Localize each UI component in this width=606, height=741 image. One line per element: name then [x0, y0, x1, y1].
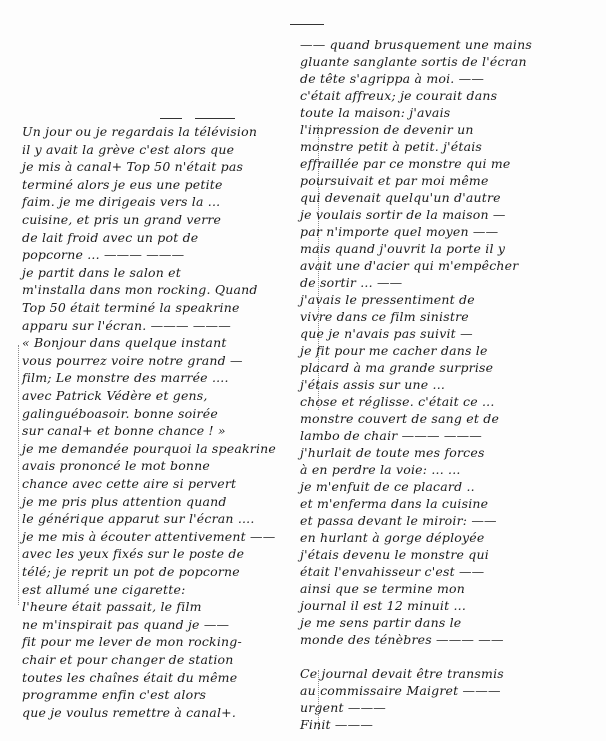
handwritten-line: toutes les chaînes était du même	[22, 669, 237, 687]
handwritten-line: vivre dans ce film sinistre	[300, 308, 469, 326]
handwritten-line: j'hurlait de toute mes forces	[300, 444, 485, 462]
top-dash-decoration	[290, 24, 324, 25]
handwritten-line: apparu sur l'écran. ——— ———	[22, 317, 231, 335]
handwritten-line: cuisine, et pris un grand verre	[22, 211, 221, 229]
handwritten-line: il y avait la grève c'est alors que	[22, 141, 234, 159]
handwritten-line: que je n'avais pas suivit —	[300, 325, 473, 343]
handwritten-line: sur canal+ et bonne chance ! »	[22, 422, 226, 440]
handwritten-line: je partit dans le salon et	[22, 264, 181, 282]
top-dash-decoration	[195, 118, 235, 119]
handwritten-line: je fit pour me cacher dans le	[300, 342, 488, 360]
handwritten-line: popcorne ... ——— ———	[22, 246, 184, 264]
handwritten-line: je me demandée pourquoi la speakrine	[22, 440, 276, 458]
handwritten-line: j'avais le pressentiment de	[300, 291, 475, 309]
handwritten-line: faim. je me dirigeais vers la ...	[22, 193, 220, 211]
scanned-handwritten-page: Un jour ou je regardais la télévisionil …	[0, 0, 606, 741]
handwritten-line: m'installa dans mon rocking. Quand	[22, 281, 258, 299]
handwritten-line: que je voulus remettre à canal+.	[22, 704, 236, 722]
handwritten-line: terminé alors je eus une petite	[22, 176, 223, 194]
handwritten-line: Ce journal devait être transmis	[300, 665, 504, 683]
handwritten-line: ainsi que se termine mon	[300, 580, 465, 598]
handwritten-line: et m'enferma dans la cuisine	[300, 495, 488, 513]
handwritten-line: qui devenait quelqu'un d'autre	[300, 189, 501, 207]
handwritten-line: avec Patrick Védère et gens,	[22, 387, 208, 405]
handwritten-line: poursuivait et par moi même	[300, 172, 489, 190]
handwritten-line: lambo de chair ——— ———	[300, 427, 482, 445]
handwritten-line: « Bonjour dans quelque instant	[22, 334, 227, 352]
handwritten-line: l'impression de devenir un	[300, 121, 474, 139]
handwritten-line: était l'envahisseur c'est ——	[300, 563, 484, 581]
handwritten-line: toute la maison: j'avais	[300, 104, 450, 122]
handwritten-line: Top 50 était terminé la speakrine	[22, 299, 240, 317]
handwritten-line: l'heure était passait, le film	[22, 598, 202, 616]
handwritten-line: Un jour ou je regardais la télévision	[22, 123, 257, 141]
handwritten-line: de lait froid avec un pot de	[22, 229, 198, 247]
handwritten-line: de sortir ... ——	[300, 274, 402, 292]
handwritten-line: monstre couvert de sang et de	[300, 410, 499, 428]
handwritten-line: j'étais devenu le monstre qui	[300, 546, 489, 564]
handwritten-line: je me sens partir dans le	[300, 614, 461, 632]
handwritten-line: en hurlant à gorge déployée	[300, 529, 484, 547]
handwritten-line: télé; je reprit un pot de popcorne	[22, 563, 240, 581]
handwritten-line: programme enfin c'est alors	[22, 686, 206, 704]
handwritten-line: j'étais assis sur une ...	[300, 376, 445, 394]
handwritten-line: avec les yeux fixés sur le poste de	[22, 545, 244, 563]
handwritten-line: ne m'inspirait pas quand je ——	[22, 616, 229, 634]
handwritten-line: je me mis à écouter attentivement ——	[22, 528, 275, 546]
handwritten-line: Finit ———	[300, 716, 373, 734]
handwritten-line: monstre petit à petit. j'étais	[300, 138, 482, 156]
handwritten-line: urgent ———	[300, 699, 386, 717]
handwritten-line: et passa devant le miroir: ——	[300, 512, 497, 530]
handwritten-line: chair et pour changer de station	[22, 651, 234, 669]
handwritten-line: chance avec cette aire si pervert	[22, 475, 236, 493]
handwritten-line: je mis à canal+ Top 50 n'était pas	[22, 158, 243, 176]
handwritten-line: c'était affreux; je courait dans	[300, 87, 497, 105]
handwritten-line: avait une d'acier qui m'empêcher	[300, 257, 518, 275]
handwritten-line: vous pourrez voire notre grand —	[22, 352, 243, 370]
top-dash-decoration	[160, 118, 182, 119]
handwritten-line: gluante sanglante sortis de l'écran	[300, 53, 527, 71]
handwritten-line: —— quand brusquement une mains	[300, 36, 532, 54]
handwritten-line: journal il est 12 minuit ...	[300, 597, 466, 615]
handwritten-line: au commissaire Maigret ———	[300, 682, 501, 700]
handwritten-line: mais quand j'ouvrit la porte il y	[300, 240, 505, 258]
handwritten-line: est allumé une cigarette:	[22, 581, 185, 599]
handwritten-line: de tête s'agrippa à moi. ——	[300, 70, 484, 88]
handwritten-line: film; Le monstre des marrée ....	[22, 369, 229, 387]
handwritten-line: je voulais sortir de la maison —	[300, 206, 506, 224]
left-column-margin-dots	[18, 345, 19, 605]
handwritten-line: galinguéboasoir. bonne soirée	[22, 405, 218, 423]
handwritten-line: chose et réglisse. c'était ce ...	[300, 393, 495, 411]
handwritten-line: je m'enfuit de ce placard ..	[300, 478, 475, 496]
handwritten-line: par n'importe quel moyen ——	[300, 223, 498, 241]
handwritten-line: placard à ma grande surprise	[300, 359, 493, 377]
handwritten-line: avais prononcé le mot bonne	[22, 457, 210, 475]
handwritten-line: fit pour me lever de mon rocking-	[22, 633, 242, 651]
handwritten-line: je me pris plus attention quand	[22, 493, 227, 511]
handwritten-line: à en perdre la voie: ... ...	[300, 461, 461, 479]
handwritten-line: le générique apparut sur l'écran ....	[22, 510, 255, 528]
handwritten-line: effraillée par ce monstre qui me	[300, 155, 511, 173]
handwritten-line: monde des ténèbres ——— ——	[300, 631, 504, 649]
